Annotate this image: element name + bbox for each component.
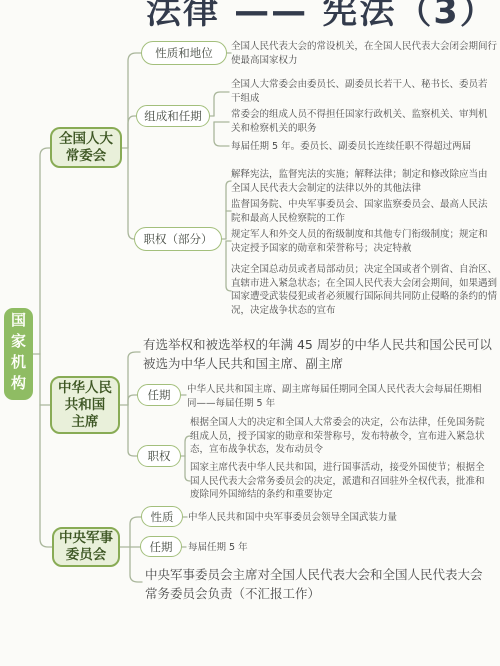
text-president-power-promulgate: 根据全国人大的决定和全国人大常委会的决定，公布法律，任免国务院组成人员，授予国家…: [190, 416, 488, 457]
text-cmc-term: 每届任期 5 年: [188, 541, 388, 555]
text-npcsc-power-interpret: 解释宪法，监督宪法的实施；解释法律；制定和修改除应当由全国人民代表大会制定的法律…: [231, 168, 491, 195]
text-npcsc-nature: 全国人民代表大会的常设机关，在全国人民代表大会闭会期间行使最高国家权力: [231, 40, 499, 67]
text-npcsc-power-supervise: 监督国务院、中央军事委员会、国家监察委员会、最高人民法院和最高人民检察院的工作: [231, 198, 491, 225]
text-president-power-state-affairs: 国家主席代表中华人民共和国，进行国事活动，接受外国使节；根据全国人民代表大会常务…: [190, 461, 488, 502]
text-npcsc-composition: 全国人大常委会由委员长、副委员长若干人、秘书长、委员若干组成: [231, 78, 491, 105]
root-node-state-organs: 国家机构: [4, 308, 33, 400]
pill-composition-and-term: 组成和任期: [136, 105, 210, 127]
text-president-term: 中华人民共和国主席、副主席每届任期同全国人民代表大会每届任期相同——每届任期 5…: [187, 383, 485, 410]
branch-node-president: 中华人民 共和国 主席: [50, 376, 120, 434]
pill-cmc-nature: 性质: [141, 506, 183, 527]
mindmap-canvas: 法律 —— 宪法（3） 国家机构 全国人大 常委会 中华人民 共和国 主席 中央…: [0, 0, 500, 666]
pill-president-powers: 职权: [137, 445, 181, 467]
text-cmc-nature: 中华人民共和国中央军事委员会领导全国武装力量: [188, 511, 468, 525]
text-npcsc-power-mobilization: 决定全国总动员或者局部动员；决定全国或者个别省、自治区、直辖市进入紧急状态；在全…: [231, 263, 499, 317]
branch-node-central-military-commission: 中央军事 委员会: [52, 527, 120, 567]
pill-nature-and-status: 性质和地位: [141, 41, 227, 65]
text-npcsc-power-ranks: 规定军人和外交人员的衔级制度和其他专门衔级制度；规定和决定授予国家的勋章和荣誉称…: [231, 228, 491, 255]
pill-powers-partial: 职权（部分）: [134, 227, 222, 251]
page-title: 法律 —— 宪法（3）: [146, 0, 497, 34]
text-president-eligibility: 有选举权和被选举权的年满 45 周岁的中华人民共和国公民可以被选为中华人民共和国…: [143, 336, 493, 373]
text-npcsc-term: 每届任期 5 年。委员长、副委员长连续任职不得超过两届: [231, 140, 497, 154]
branch-node-npc-standing-committee: 全国人大 常委会: [50, 127, 122, 168]
text-cmc-responsibility: 中央军事委员会主席对全国人民代表大会和全国人民代表大会常务委员会负责（不汇报工作…: [145, 566, 489, 603]
text-npcsc-member-restriction: 常委会的组成人员不得担任国家行政机关、监察机关、审判机关和检察机关的职务: [231, 108, 491, 135]
pill-cmc-term: 任期: [140, 536, 182, 557]
pill-president-term: 任期: [137, 384, 181, 406]
